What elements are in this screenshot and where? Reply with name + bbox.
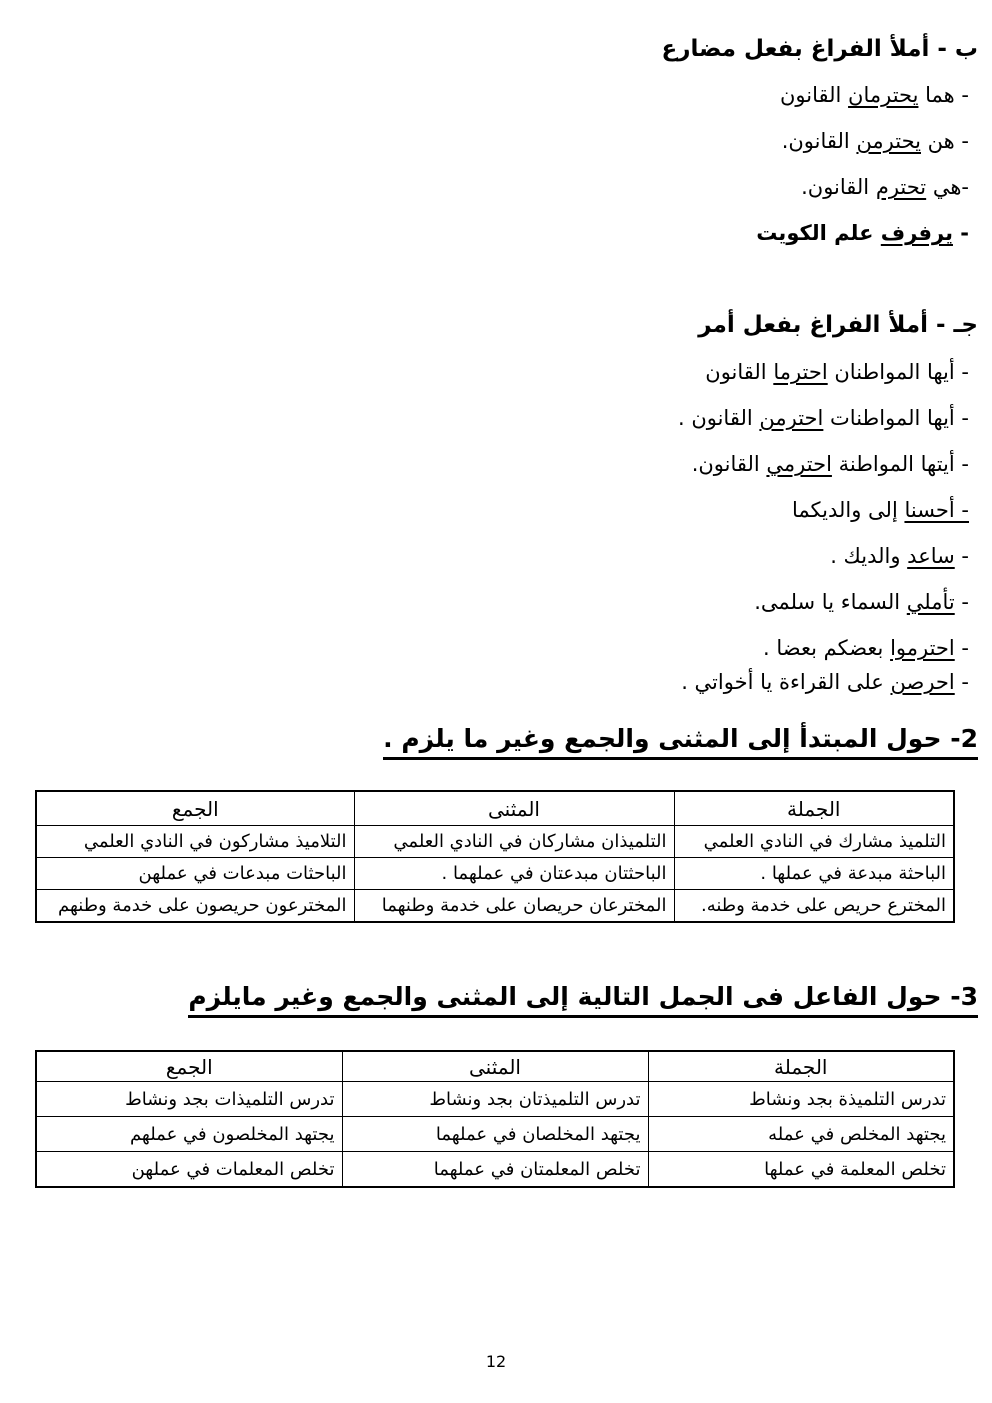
underlined-answer: ساعد: [907, 544, 955, 568]
underlined-answer: احترموا: [890, 636, 955, 660]
line-text: القانون.: [692, 452, 767, 476]
line-text: -: [955, 544, 969, 568]
line-text: -: [955, 636, 969, 660]
exercise-c-line-3: - أيتها المواطنة احترمي القانون.: [0, 449, 978, 479]
line-text: -هي: [926, 175, 969, 199]
table-row: المخترع حريص على خدمة وطنه. المخترعان حر…: [36, 890, 954, 923]
underlined-answer: يرفرف: [881, 221, 953, 245]
table-cell: المخترعان حريصان على خدمة وطنهما: [354, 890, 674, 923]
column-header-plural: الجمع: [36, 791, 354, 826]
table-cell: تدرس التلميذة بجد ونشاط: [648, 1082, 954, 1117]
underlined-answer: تأملي: [907, 590, 955, 614]
table-row: يجتهد المخلص في عمله يجتهد المخلصان في ع…: [36, 1117, 954, 1152]
line-text: إلى والديكما: [792, 498, 904, 522]
exercise-c-line-2: - أيها المواطنات احترمن القانون .: [0, 403, 978, 433]
section-3-heading-text: 3- حول الفاعل فى الجمل التالية إلى المثن…: [188, 981, 978, 1018]
exercise-b-line-4: - يرفرف علم الكويت: [0, 218, 978, 248]
exercise-c-line-7: - احترموا بعضكم بعضا .: [0, 633, 978, 663]
underlined-answer: - أحسنا: [904, 498, 969, 522]
table-cell: تخلص المعلمة في عملها: [648, 1152, 954, 1188]
table-cell: التلاميذ مشاركون في النادي العلمي: [36, 826, 354, 858]
line-text: على القراءة يا أخواتي .: [681, 670, 890, 694]
line-text: -: [953, 221, 969, 245]
exercise-b-line-2: - هن يحترمن القانون.: [0, 126, 978, 156]
page-number: 12: [0, 1352, 992, 1371]
exercise-b-heading: ب - أملأ الفراغ بفعل مضارع: [0, 34, 978, 64]
table-row: الباحثة مبدعة في عملها . الباحثتان مبدعت…: [36, 858, 954, 890]
underlined-answer: يحترمن: [856, 129, 921, 153]
underlined-answer: تحترم: [876, 175, 926, 199]
table-cell: تخلص المعلمتان في عملهما: [342, 1152, 648, 1188]
table-row: تخلص المعلمة في عملها تخلص المعلمتان في …: [36, 1152, 954, 1188]
table-cell: المخترع حريص على خدمة وطنه.: [674, 890, 954, 923]
table-cell: المخترعون حريصون على خدمة وطنهم: [36, 890, 354, 923]
mubtada-conversion-table: الجملة المثنى الجمع التلميذ مشارك في الن…: [35, 790, 955, 923]
line-text: القانون.: [782, 129, 857, 153]
column-header-dual: المثنى: [354, 791, 674, 826]
exercise-c-heading: جـ - أملأ الفراغ بفعل أمر: [0, 310, 978, 340]
table-cell: يجتهد المخلص في عمله: [648, 1117, 954, 1152]
column-header-plural: الجمع: [36, 1051, 342, 1082]
column-header-sentence: الجملة: [648, 1051, 954, 1082]
table-cell: تخلص المعلمات في عملهن: [36, 1152, 342, 1188]
line-text: والديك .: [830, 544, 907, 568]
exercise-c-line-1: - أيها المواطنان احترما القانون: [0, 357, 978, 387]
table-cell: الباحثة مبدعة في عملها .: [674, 858, 954, 890]
table-cell: الباحثتان مبدعتان في عملهما .: [354, 858, 674, 890]
underlined-answer: احترمي: [766, 452, 832, 476]
line-text: القانون.: [801, 175, 876, 199]
table-cell: التلميذان مشاركان في النادي العلمي: [354, 826, 674, 858]
underlined-answer: احرصن: [891, 670, 955, 694]
section-3-heading: 3- حول الفاعل فى الجمل التالية إلى المثن…: [0, 981, 978, 1018]
underlined-answer: احترما: [773, 360, 827, 384]
line-text: بعضكم بعضا .: [763, 636, 890, 660]
line-text: القانون: [705, 360, 773, 384]
table-cell: الباحثات مبدعات في عملهن: [36, 858, 354, 890]
table-row: تدرس التلميذة بجد ونشاط تدرس التلميذتان …: [36, 1082, 954, 1117]
line-text: -: [955, 670, 969, 694]
table-cell: تدرس التلميذات بجد ونشاط: [36, 1082, 342, 1117]
section-2-heading: 2- حول المبتدأ إلى المثنى والجمع وغير ما…: [0, 723, 978, 760]
table-header-row: الجملة المثنى الجمع: [36, 1051, 954, 1082]
line-text: القانون: [780, 83, 848, 107]
line-text: السماء يا سلمى.: [754, 590, 907, 614]
section-2-heading-text: 2- حول المبتدأ إلى المثنى والجمع وغير ما…: [383, 723, 978, 760]
column-header-dual: المثنى: [342, 1051, 648, 1082]
line-text: القانون .: [678, 406, 759, 430]
exercise-c-line-8: - احرصن على القراءة يا أخواتي .: [0, 667, 978, 697]
exercise-b-line-1: - هما يحترمان القانون: [0, 80, 978, 110]
table-row: التلميذ مشارك في النادي العلمي التلميذان…: [36, 826, 954, 858]
table-cell: التلميذ مشارك في النادي العلمي: [674, 826, 954, 858]
document-page: ب - أملأ الفراغ بفعل مضارع - هما يحترمان…: [0, 0, 992, 1403]
exercise-c-line-4: - أحسنا إلى والديكما: [0, 495, 978, 525]
table-cell: يجتهد المخلصان في عملهما: [342, 1117, 648, 1152]
exercise-b-line-3: -هي تحترم القانون.: [0, 172, 978, 202]
line-text: - هما: [918, 83, 969, 107]
line-text: -: [955, 590, 969, 614]
line-text: - أيتها المواطنة: [832, 452, 969, 476]
line-text: علم الكويت: [756, 221, 881, 245]
line-text: - أيها المواطنان: [828, 360, 969, 384]
underlined-answer: احترمن: [759, 406, 823, 430]
table-cell: يجتهد المخلصون في عملهم: [36, 1117, 342, 1152]
underlined-answer: يحترمان: [848, 83, 918, 107]
exercise-c-line-5: - ساعد والديك .: [0, 541, 978, 571]
table-header-row: الجملة المثنى الجمع: [36, 791, 954, 826]
line-text: - أيها المواطنات: [823, 406, 969, 430]
column-header-sentence: الجملة: [674, 791, 954, 826]
table-cell: تدرس التلميذتان بجد ونشاط: [342, 1082, 648, 1117]
line-text: - هن: [921, 129, 969, 153]
exercise-c-line-6: - تأملي السماء يا سلمى.: [0, 587, 978, 617]
fael-conversion-table: الجملة المثنى الجمع تدرس التلميذة بجد ون…: [35, 1050, 955, 1188]
